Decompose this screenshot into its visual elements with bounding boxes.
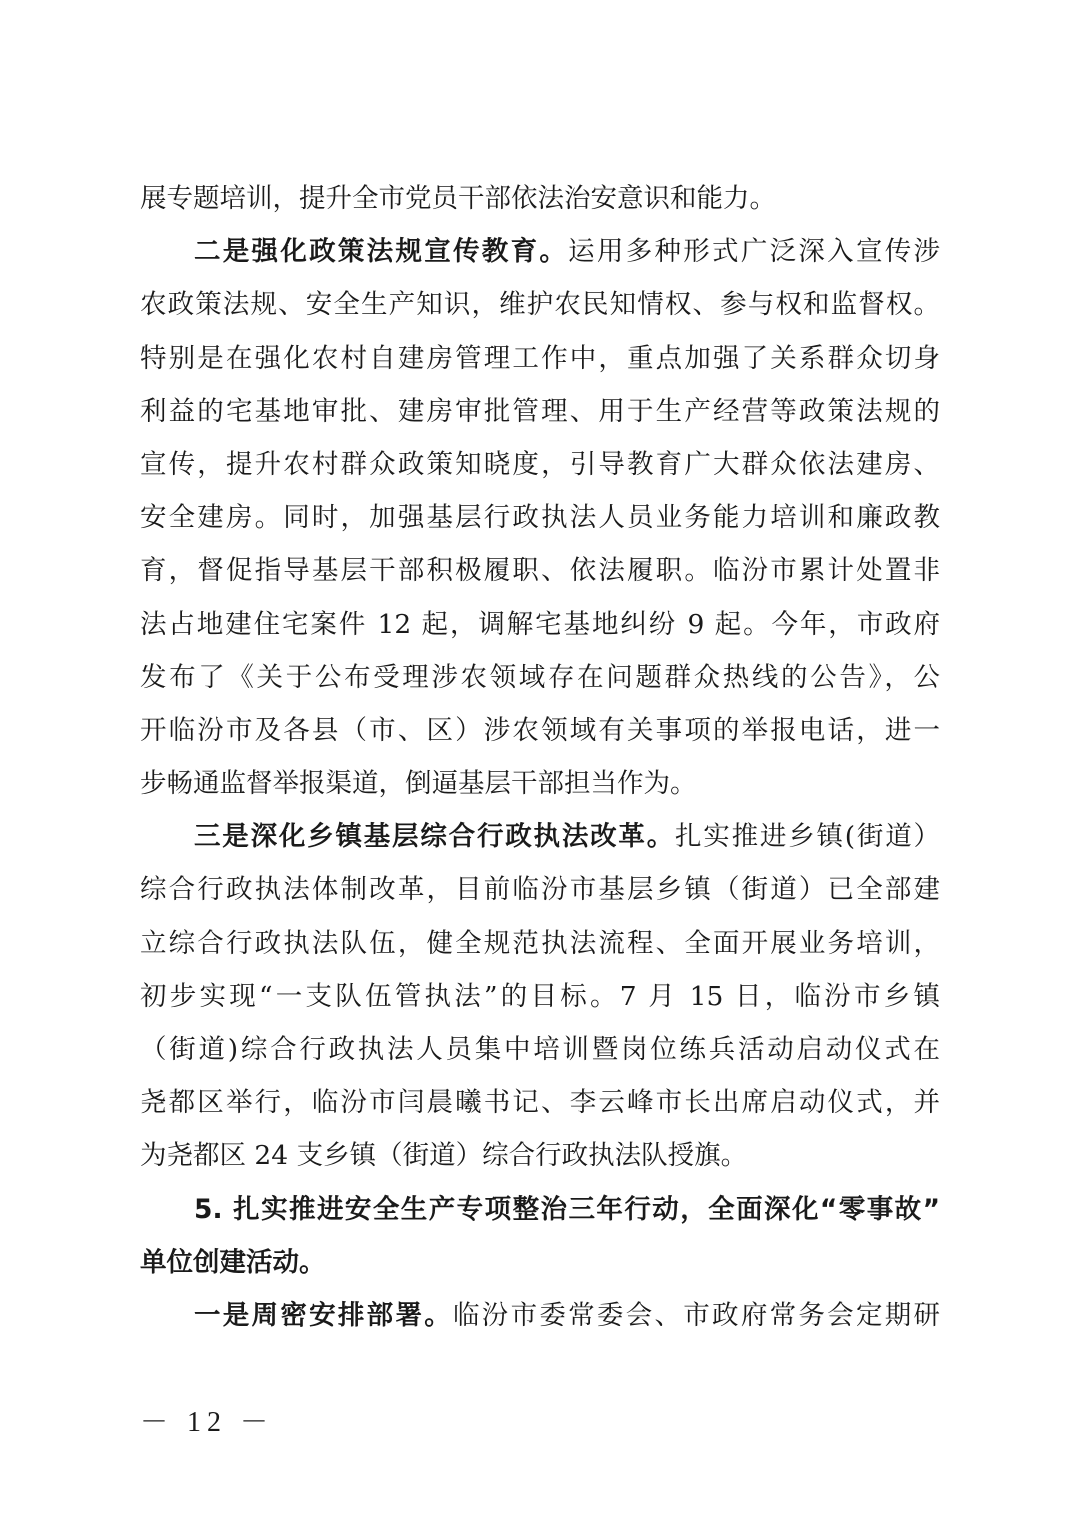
document-body: 展专题培训，提升全市党员干部依法治安意识和能力。 二是强化政策法规宣传教育。运用… [140, 172, 940, 1342]
text-line: 步畅通监督举报渠道，倒逼基层干部担当作为。 [140, 757, 940, 810]
text-line: 农政策法规、安全生产知识，维护农民知情权、参与权和监督权。 [140, 278, 940, 331]
text-line: （街道)综合行政执法人员集中培训暨岗位练兵活动启动仪式在 [140, 1023, 940, 1076]
text-run: 运用多种形式广泛深入宣传涉 [568, 236, 940, 267]
text-line: 宣传，提升农村群众政策知晓度，引导教育广大群众依法建房、 [140, 438, 940, 491]
text-line: 特别是在强化农村自建房管理工作中，重点加强了关系群众切身 [140, 332, 940, 385]
text-line: 发布了《关于公布受理涉农领域存在问题群众热线的公告》，公 [140, 651, 940, 704]
text-line: 三是深化乡镇基层综合行政执法改革。扎实推进乡镇(街道） [140, 810, 940, 863]
section-heading: 二是强化政策法规宣传教育。 [194, 236, 568, 267]
text-run: 扎实推进乡镇(街道） [675, 821, 940, 852]
text-line: 开临汾市及各县（市、区）涉农领域有关事项的举报电话，进一 [140, 704, 940, 757]
text-line: 育，督促指导基层干部积极履职、依法履职。临汾市累计处置非 [140, 544, 940, 597]
text-line: 利益的宅基地审批、建房审批管理、用于生产经营等政策法规的 [140, 385, 940, 438]
document-page: 展专题培训，提升全市党员干部依法治安意识和能力。 二是强化政策法规宣传教育。运用… [0, 0, 1080, 1526]
text-line: 安全建房。同时，加强基层行政执法人员业务能力培训和廉政教 [140, 491, 940, 544]
section-title: 5. 扎实推进安全生产专项整治三年行动，全面深化“零事故” [140, 1183, 940, 1236]
text-line: 综合行政执法体制改革，目前临汾市基层乡镇（街道）已全部建 [140, 863, 940, 916]
text-line: 法占地建住宅案件 12 起，调解宅基地纠纷 9 起。今年，市政府 [140, 598, 940, 651]
text-run: 临汾市委常委会、市政府常务会定期研 [453, 1300, 940, 1331]
text-line: 一是周密安排部署。临汾市委常委会、市政府常务会定期研 [140, 1289, 940, 1342]
text-line: 二是强化政策法规宣传教育。运用多种形式广泛深入宣传涉 [140, 225, 940, 278]
text-line: 展专题培训，提升全市党员干部依法治安意识和能力。 [140, 172, 940, 225]
section-heading: 三是深化乡镇基层综合行政执法改革。 [194, 821, 675, 852]
section-title-continued: 单位创建活动。 [140, 1236, 940, 1289]
text-line: 尧都区举行，临汾市闫晨曦书记、李云峰市长出席启动仪式，并 [140, 1076, 940, 1129]
text-line: 初步实现“一支队伍管执法”的目标。7 月 15 日，临汾市乡镇 [140, 970, 940, 1023]
text-line: 立综合行政执法队伍，健全规范执法流程、全面开展业务培训， [140, 917, 940, 970]
section-heading: 一是周密安排部署。 [194, 1300, 453, 1331]
page-number: － 12 － [140, 1400, 274, 1440]
text-line: 为尧都区 24 支乡镇（街道）综合行政执法队授旗。 [140, 1129, 940, 1182]
